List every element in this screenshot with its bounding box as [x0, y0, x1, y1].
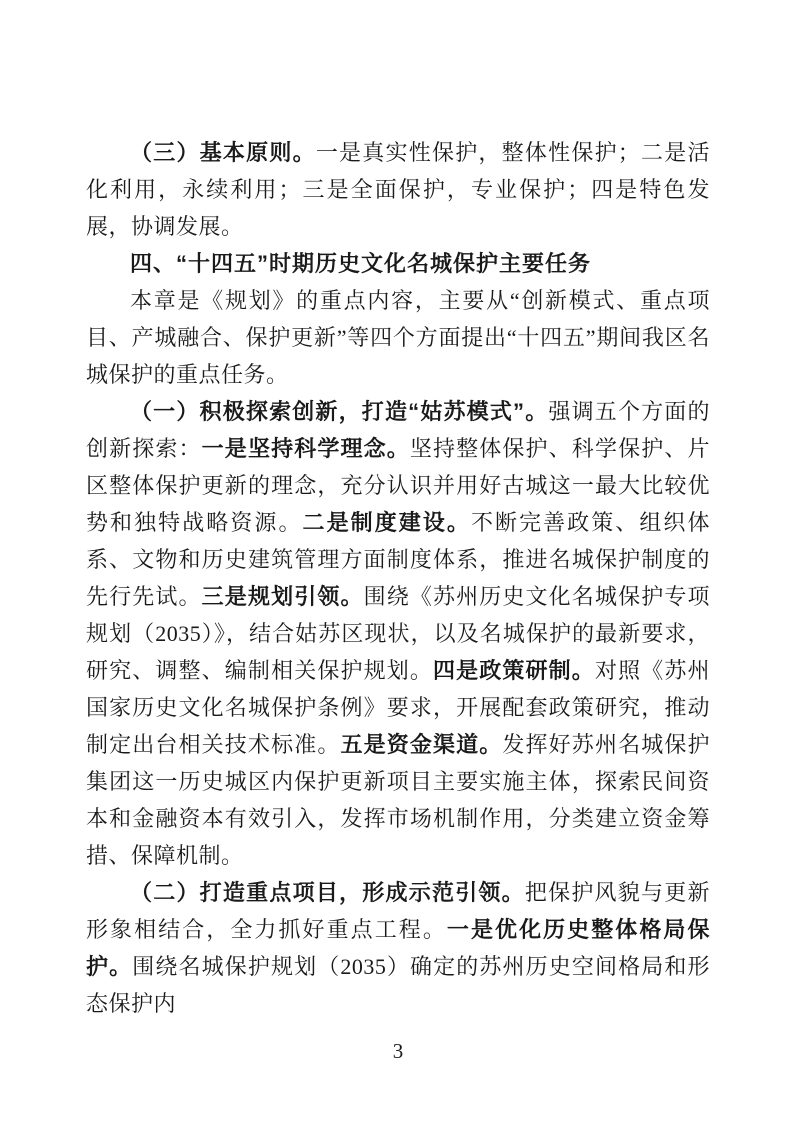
- bold-text-run: 一是坚持科学理念。: [202, 436, 410, 461]
- bold-text-run: 四、“十四五”时期历史文化名城保护主要任务: [130, 251, 591, 276]
- bold-text-run: 五是资金渠道。: [340, 732, 502, 757]
- document-page: （三）基本原则。一是真实性保护，整体性保护；二是活化利用，永续利用；三是全面保护…: [0, 0, 793, 1122]
- section-heading: 四、“十四五”时期历史文化名城保护主要任务: [86, 245, 710, 282]
- paragraph: （一）积极探索创新，打造“姑苏模式”。强调五个方面的创新探索：一是坚持科学理念。…: [86, 393, 710, 874]
- bold-text-run: 二是制度建设。: [303, 510, 471, 535]
- bold-text-run: （三）基本原则。: [130, 140, 316, 165]
- bold-text-run: （一）积极探索创新，打造“姑苏模式”。: [130, 399, 548, 424]
- paragraph: 本章是《规划》的重点内容，主要从“创新模式、重点项目、产城融合、保护更新”等四个…: [86, 282, 710, 393]
- document-body: （三）基本原则。一是真实性保护，整体性保护；二是活化利用，永续利用；三是全面保护…: [86, 134, 710, 1022]
- bold-text-run: 三是规划引领。: [202, 584, 364, 609]
- paragraph: （三）基本原则。一是真实性保护，整体性保护；二是活化利用，永续利用；三是全面保护…: [86, 134, 710, 245]
- text-run: 围绕名城保护规划（2035）确定的苏州历史空间格局和形态保护内: [86, 954, 710, 1016]
- bold-text-run: 四是政策研制。: [433, 658, 595, 683]
- bold-text-run: （二）打造重点项目，形成示范引领。: [130, 880, 525, 905]
- text-run: 本章是《规划》的重点内容，主要从“创新模式、重点项目、产城融合、保护更新”等四个…: [86, 288, 710, 387]
- paragraph: （二）打造重点项目，形成示范引领。把保护风貌与更新形象相结合，全力抓好重点工程。…: [86, 874, 710, 1022]
- page-number: 3: [86, 1039, 710, 1064]
